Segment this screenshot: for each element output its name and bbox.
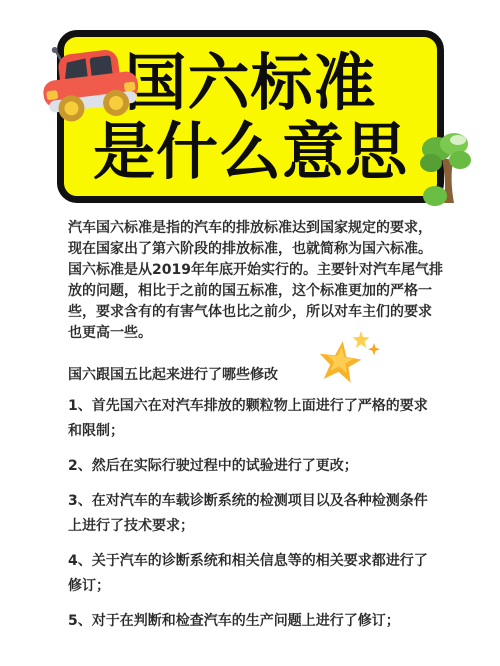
intro-line: 放的问题，相比于之前的国五标准，这个标准更加的严格一 [68, 281, 434, 302]
car-icon [35, 42, 145, 126]
post-page: 国六标准 是什么意思 [0, 0, 500, 666]
intro-paragraph: 汽车国六标准是指的汽车的排放标准达到国家规定的要求， 现在国家出了第六阶段的排放… [68, 218, 434, 344]
modification-item-5: 5、对于在判断和检查汽车的生产问题上进行了修订； [68, 609, 434, 634]
modification-item-1: 1、首先国六在对汽车排放的颗粒物上面进行了严格的要求和限制； [68, 394, 434, 444]
intro-line: 国六标准是从2019年年底开始实行的。主要针对汽车尾气排 [68, 260, 434, 281]
stars-icon [317, 329, 381, 387]
intro-line: 些，要求含有的有害气体也比之前少，所以对车主们的要求 [68, 302, 434, 323]
intro-line: 现在国家出了第六阶段的排放标准，也就简称为国六标准。 [68, 239, 434, 260]
modification-item-4: 4、关于汽车的诊断系统和相关信息等的相关要求都进行了修订； [68, 549, 434, 599]
intro-line: 汽车国六标准是指的汽车的排放标准达到国家规定的要求， [68, 218, 434, 239]
modification-item-3: 3、在对汽车的车载诊断系统的检测项目以及各种检测条件上进行了技术要求； [68, 489, 434, 539]
tree-icon [417, 132, 471, 207]
modification-item-2: 2、然后在实际行驶过程中的试验进行了更改； [68, 454, 434, 479]
